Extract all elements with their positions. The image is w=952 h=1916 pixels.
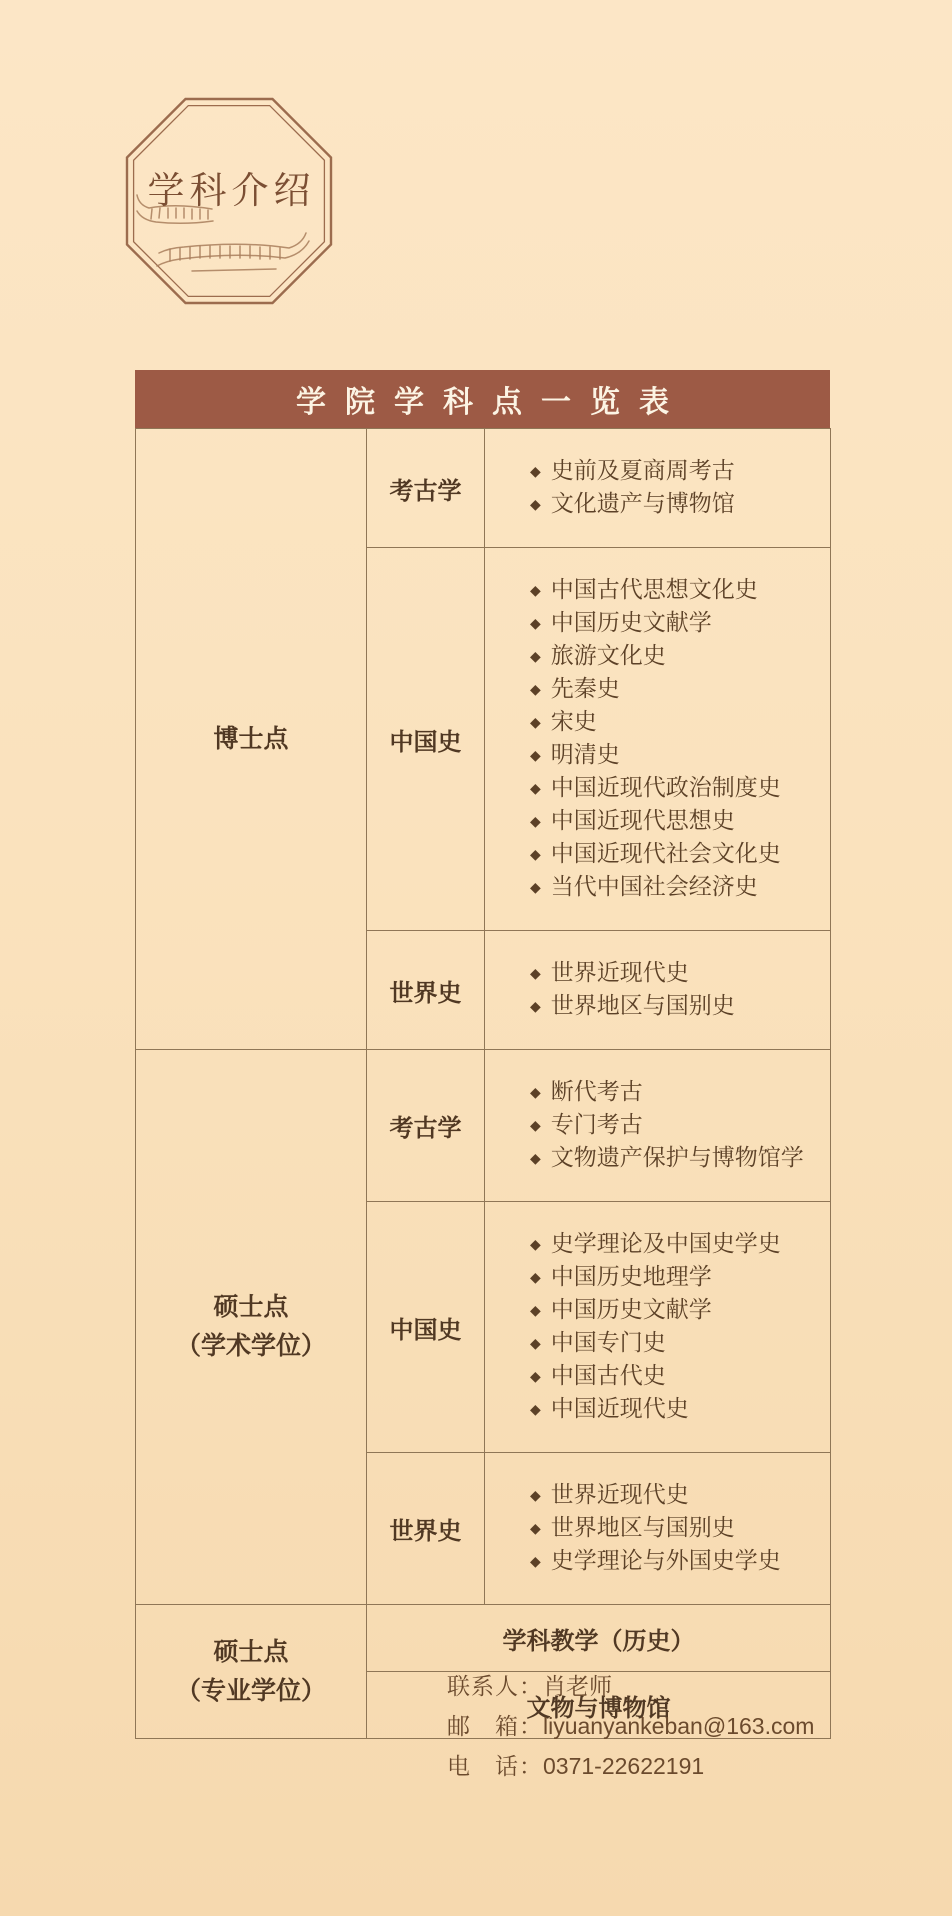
category-cell: 博士点 xyxy=(136,429,367,1050)
poster: 学科介绍 学院学科点一览表 博士点考古学◆史前及夏商周考古◆文化遗产与博物馆中国… xyxy=(0,0,952,1916)
direction-item: ◆世界近现代史 xyxy=(530,1479,821,1512)
diamond-bullet-icon: ◆ xyxy=(530,489,541,519)
direction-text: 史前及夏商周考古 xyxy=(551,457,735,483)
contact-phone-line: 电 话：0371-22622191 xyxy=(447,1746,814,1786)
contact-email-line: 邮 箱：liyuanyankeban@163.com xyxy=(447,1706,814,1746)
direction-text: 旅游文化史 xyxy=(551,642,666,668)
direction-text: 当代中国社会经济史 xyxy=(551,873,758,899)
table-title: 学院学科点一览表 xyxy=(135,370,830,428)
direction-item: ◆世界近现代史 xyxy=(530,957,821,990)
category-label: 硕士点 xyxy=(137,1633,365,1672)
directions-cell: ◆史前及夏商周考古◆文化遗产与博物馆 xyxy=(485,429,831,548)
directions-cell: ◆断代考古◆专门考古◆文物遗产保护与博物馆学 xyxy=(485,1050,831,1202)
diamond-bullet-icon: ◆ xyxy=(530,674,541,704)
direction-item: ◆中国历史文献学 xyxy=(530,1294,821,1327)
direction-item: ◆中国近现代思想史 xyxy=(530,805,821,838)
discipline-cell: 世界史 xyxy=(367,931,485,1050)
discipline-cell: 考古学 xyxy=(367,429,485,548)
category-label: （学术学位） xyxy=(137,1327,365,1366)
direction-text: 文化遗产与博物馆 xyxy=(551,490,735,516)
contact-info: 联系人：肖老师 邮 箱：liyuanyankeban@163.com 电 话：0… xyxy=(447,1666,814,1786)
direction-item: ◆中国专门史 xyxy=(530,1327,821,1360)
contact-person-label: 联系人： xyxy=(447,1673,543,1699)
diamond-bullet-icon: ◆ xyxy=(530,958,541,988)
direction-text: 世界近现代史 xyxy=(551,959,689,985)
diamond-bullet-icon: ◆ xyxy=(530,1143,541,1173)
direction-text: 史学理论与外国史学史 xyxy=(551,1547,781,1573)
direction-text: 专门考古 xyxy=(551,1111,643,1137)
direction-item: ◆文物遗产保护与博物馆学 xyxy=(530,1142,821,1175)
discipline-table: 学院学科点一览表 博士点考古学◆史前及夏商周考古◆文化遗产与博物馆中国史◆中国古… xyxy=(135,370,830,1739)
direction-item: ◆史前及夏商周考古 xyxy=(530,455,821,488)
diamond-bullet-icon: ◆ xyxy=(530,707,541,737)
contact-person-value: 肖老师 xyxy=(543,1673,612,1699)
diamond-bullet-icon: ◆ xyxy=(530,608,541,638)
directions-cell: ◆中国古代思想文化史◆中国历史文献学◆旅游文化史◆先秦史◆宋史◆明清史◆中国近现… xyxy=(485,548,831,931)
direction-text: 世界近现代史 xyxy=(551,1481,689,1507)
category-cell: 硕士点（学术学位） xyxy=(136,1050,367,1605)
contact-phone-value: 0371-22622191 xyxy=(543,1753,704,1779)
direction-item: ◆世界地区与国别史 xyxy=(530,1512,821,1545)
discipline-grid: 博士点考古学◆史前及夏商周考古◆文化遗产与博物馆中国史◆中国古代思想文化史◆中国… xyxy=(135,428,831,1739)
directions-list: ◆世界近现代史◆世界地区与国别史 xyxy=(486,932,829,1048)
direction-item: ◆中国近现代社会文化史 xyxy=(530,838,821,871)
table-row: 博士点考古学◆史前及夏商周考古◆文化遗产与博物馆 xyxy=(136,429,831,548)
diamond-bullet-icon: ◆ xyxy=(530,1361,541,1391)
directions-list: ◆中国古代思想文化史◆中国历史文献学◆旅游文化史◆先秦史◆宋史◆明清史◆中国近现… xyxy=(486,549,829,929)
direction-item: ◆旅游文化史 xyxy=(530,640,821,673)
direction-item: ◆宋史 xyxy=(530,706,821,739)
diamond-bullet-icon: ◆ xyxy=(530,456,541,486)
program-cell: 学科教学（历史） xyxy=(367,1605,831,1672)
diamond-bullet-icon: ◆ xyxy=(530,872,541,902)
direction-text: 文物遗产保护与博物馆学 xyxy=(551,1144,804,1170)
diamond-bullet-icon: ◆ xyxy=(530,839,541,869)
direction-item: ◆史学理论与外国史学史 xyxy=(530,1545,821,1578)
diamond-bullet-icon: ◆ xyxy=(530,575,541,605)
direction-text: 中国历史地理学 xyxy=(551,1263,712,1289)
directions-cell: ◆史学理论及中国史学史◆中国历史地理学◆中国历史文献学◆中国专门史◆中国古代史◆… xyxy=(485,1202,831,1453)
direction-text: 世界地区与国别史 xyxy=(551,1514,735,1540)
diamond-bullet-icon: ◆ xyxy=(530,641,541,671)
direction-item: ◆中国历史地理学 xyxy=(530,1261,821,1294)
diamond-bullet-icon: ◆ xyxy=(530,991,541,1021)
direction-item: ◆专门考古 xyxy=(530,1109,821,1142)
direction-text: 先秦史 xyxy=(551,675,620,701)
direction-text: 中国专门史 xyxy=(551,1329,666,1355)
direction-item: ◆史学理论及中国史学史 xyxy=(530,1228,821,1261)
subject-intro-badge: 学科介绍 xyxy=(124,96,334,306)
discipline-cell: 中国史 xyxy=(367,548,485,931)
diamond-bullet-icon: ◆ xyxy=(530,1262,541,1292)
contact-email-label: 邮 箱： xyxy=(447,1713,543,1739)
direction-text: 中国近现代政治制度史 xyxy=(551,774,781,800)
diamond-bullet-icon: ◆ xyxy=(530,1546,541,1576)
direction-item: ◆中国古代史 xyxy=(530,1360,821,1393)
badge-title: 学科介绍 xyxy=(124,160,334,214)
directions-cell: ◆世界近现代史◆世界地区与国别史◆史学理论与外国史学史 xyxy=(485,1453,831,1605)
direction-item: ◆中国近现代政治制度史 xyxy=(530,772,821,805)
category-label: （专业学位） xyxy=(137,1672,365,1711)
direction-item: ◆中国古代思想文化史 xyxy=(530,574,821,607)
diamond-bullet-icon: ◆ xyxy=(530,1295,541,1325)
direction-item: ◆世界地区与国别史 xyxy=(530,990,821,1023)
diamond-bullet-icon: ◆ xyxy=(530,806,541,836)
discipline-cell: 世界史 xyxy=(367,1453,485,1605)
diamond-bullet-icon: ◆ xyxy=(530,1480,541,1510)
direction-text: 中国历史文献学 xyxy=(551,1296,712,1322)
direction-item: ◆文化遗产与博物馆 xyxy=(530,488,821,521)
diamond-bullet-icon: ◆ xyxy=(530,740,541,770)
table-row: 硕士点（学术学位）考古学◆断代考古◆专门考古◆文物遗产保护与博物馆学 xyxy=(136,1050,831,1202)
diamond-bullet-icon: ◆ xyxy=(530,1394,541,1424)
contact-phone-label: 电 话： xyxy=(447,1753,543,1779)
directions-list: ◆世界近现代史◆世界地区与国别史◆史学理论与外国史学史 xyxy=(486,1454,829,1603)
direction-text: 断代考古 xyxy=(551,1078,643,1104)
directions-list: ◆史前及夏商周考古◆文化遗产与博物馆 xyxy=(486,430,829,546)
direction-text: 中国古代史 xyxy=(551,1362,666,1388)
discipline-cell: 中国史 xyxy=(367,1202,485,1453)
directions-list: ◆史学理论及中国史学史◆中国历史地理学◆中国历史文献学◆中国专门史◆中国古代史◆… xyxy=(486,1203,829,1451)
category-label: 博士点 xyxy=(137,720,365,759)
direction-text: 中国近现代史 xyxy=(551,1395,689,1421)
diamond-bullet-icon: ◆ xyxy=(530,1513,541,1543)
diamond-bullet-icon: ◆ xyxy=(530,773,541,803)
diamond-bullet-icon: ◆ xyxy=(530,1229,541,1259)
contact-person-line: 联系人：肖老师 xyxy=(447,1666,814,1706)
table-row: 硕士点（专业学位）学科教学（历史） xyxy=(136,1605,831,1672)
direction-text: 宋史 xyxy=(551,708,597,734)
direction-text: 明清史 xyxy=(551,741,620,767)
direction-text: 中国近现代社会文化史 xyxy=(551,840,781,866)
discipline-cell: 考古学 xyxy=(367,1050,485,1202)
directions-cell: ◆世界近现代史◆世界地区与国别史 xyxy=(485,931,831,1050)
direction-item: ◆当代中国社会经济史 xyxy=(530,871,821,904)
direction-text: 中国历史文献学 xyxy=(551,609,712,635)
direction-item: ◆先秦史 xyxy=(530,673,821,706)
direction-text: 世界地区与国别史 xyxy=(551,992,735,1018)
directions-list: ◆断代考古◆专门考古◆文物遗产保护与博物馆学 xyxy=(486,1051,829,1200)
direction-item: ◆明清史 xyxy=(530,739,821,772)
direction-item: ◆中国历史文献学 xyxy=(530,607,821,640)
diamond-bullet-icon: ◆ xyxy=(530,1328,541,1358)
diamond-bullet-icon: ◆ xyxy=(530,1110,541,1140)
direction-item: ◆断代考古 xyxy=(530,1076,821,1109)
category-label: 硕士点 xyxy=(137,1288,365,1327)
category-cell: 硕士点（专业学位） xyxy=(136,1605,367,1739)
contact-email-value: liyuanyankeban@163.com xyxy=(543,1713,814,1739)
direction-text: 中国古代思想文化史 xyxy=(551,576,758,602)
direction-text: 史学理论及中国史学史 xyxy=(551,1230,781,1256)
direction-item: ◆中国近现代史 xyxy=(530,1393,821,1426)
diamond-bullet-icon: ◆ xyxy=(530,1077,541,1107)
direction-text: 中国近现代思想史 xyxy=(551,807,735,833)
